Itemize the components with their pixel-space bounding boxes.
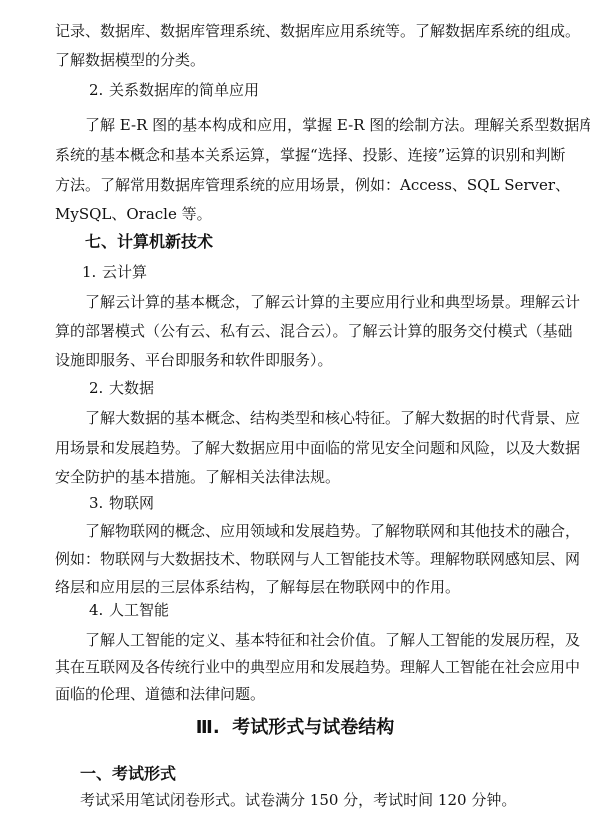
paragraph-line: 了解数据模型的分类。 [55, 50, 205, 70]
subsection-heading-cloud: 1.云计算 [82, 262, 147, 282]
subsection-heading-big-data: 2.大数据 [89, 378, 154, 398]
paragraph-line: 系统的基本概念和基本关系运算，掌握“选择、投影、连接”运算的识别和判断 [55, 145, 545, 165]
paragraph-line: 了解物联网的概念、应用领域和发展趋势。了解物联网和其他技术的融合， [85, 521, 545, 541]
paragraph-line: 了解 E-R 图的基本构成和应用，掌握 E-R 图的绘制方法。理解关系型数据库 [85, 115, 545, 135]
subsection-number: 2. [89, 378, 105, 398]
section-heading-new-tech: 七、计算机新技术 [85, 232, 213, 252]
paragraph-line: 记录、数据库、数据库管理系统、数据库应用系统等。了解数据库系统的组成。 [55, 21, 545, 41]
part-numeral: Ⅲ. [196, 717, 220, 738]
subsection-number: 4. [89, 600, 105, 620]
subsection-title: 关系数据库的简单应用 [109, 81, 259, 99]
subsection-number: 3. [89, 493, 105, 513]
part-heading-exam-structure: Ⅲ. 考试形式与试卷结构 [0, 716, 590, 740]
subsection-heading-ai: 4.人工智能 [89, 600, 169, 620]
subsection-number: 1. [82, 262, 98, 282]
paragraph-line: 例如：物联网与大数据技术、物联网与人工智能技术等。理解物联网感知层、网 [55, 549, 545, 569]
subsection-title: 云计算 [102, 263, 147, 281]
subsection-heading-relational-db: 2.关系数据库的简单应用 [89, 80, 259, 100]
paragraph-line: 了解人工智能的定义、基本特征和社会价值。了解人工智能的发展历程，及 [85, 630, 545, 650]
subsection-number: 2. [89, 80, 105, 100]
paragraph-line: 安全防护的基本措施。了解相关法律法规。 [55, 467, 340, 487]
subsection-title: 大数据 [109, 379, 154, 397]
paragraph-line: MySQL、Oracle 等。 [55, 204, 212, 224]
paragraph-line: 用场景和发展趋势。了解大数据应用中面临的常见安全问题和风险，以及大数据 [55, 438, 545, 458]
paragraph-line: 络层和应用层的三层体系结构，了解每层在物联网中的作用。 [55, 577, 460, 597]
paragraph-line: 了解大数据的基本概念、结构类型和核心特征。了解大数据的时代背景、应 [85, 408, 545, 428]
paragraph-line: 方法。了解常用数据库管理系统的应用场景，例如：Access、SQL Server… [55, 175, 545, 195]
subsection-title: 人工智能 [109, 601, 169, 619]
part-title: 考试形式与试卷结构 [232, 717, 394, 738]
section-heading-exam-form: 一、考试形式 [80, 764, 176, 784]
paragraph-line: 考试采用笔试闭卷形式。试卷满分 150 分，考试时间 120 分钟。 [80, 790, 516, 810]
paragraph-line: 其在互联网及各传统行业中的典型应用和发展趋势。理解人工智能在社会应用中 [55, 657, 545, 677]
subsection-title: 物联网 [109, 494, 154, 512]
paragraph-line: 了解云计算的基本概念，了解云计算的主要应用行业和典型场景。理解云计 [85, 292, 545, 312]
paragraph-line: 面临的伦理、道德和法律问题。 [55, 684, 265, 704]
subsection-heading-iot: 3.物联网 [89, 493, 154, 513]
paragraph-line: 设施即服务、平台即服务和软件即服务）。 [55, 350, 333, 370]
paragraph-line: 算的部署模式（公有云、私有云、混合云）。了解云计算的服务交付模式（基础 [55, 321, 545, 341]
